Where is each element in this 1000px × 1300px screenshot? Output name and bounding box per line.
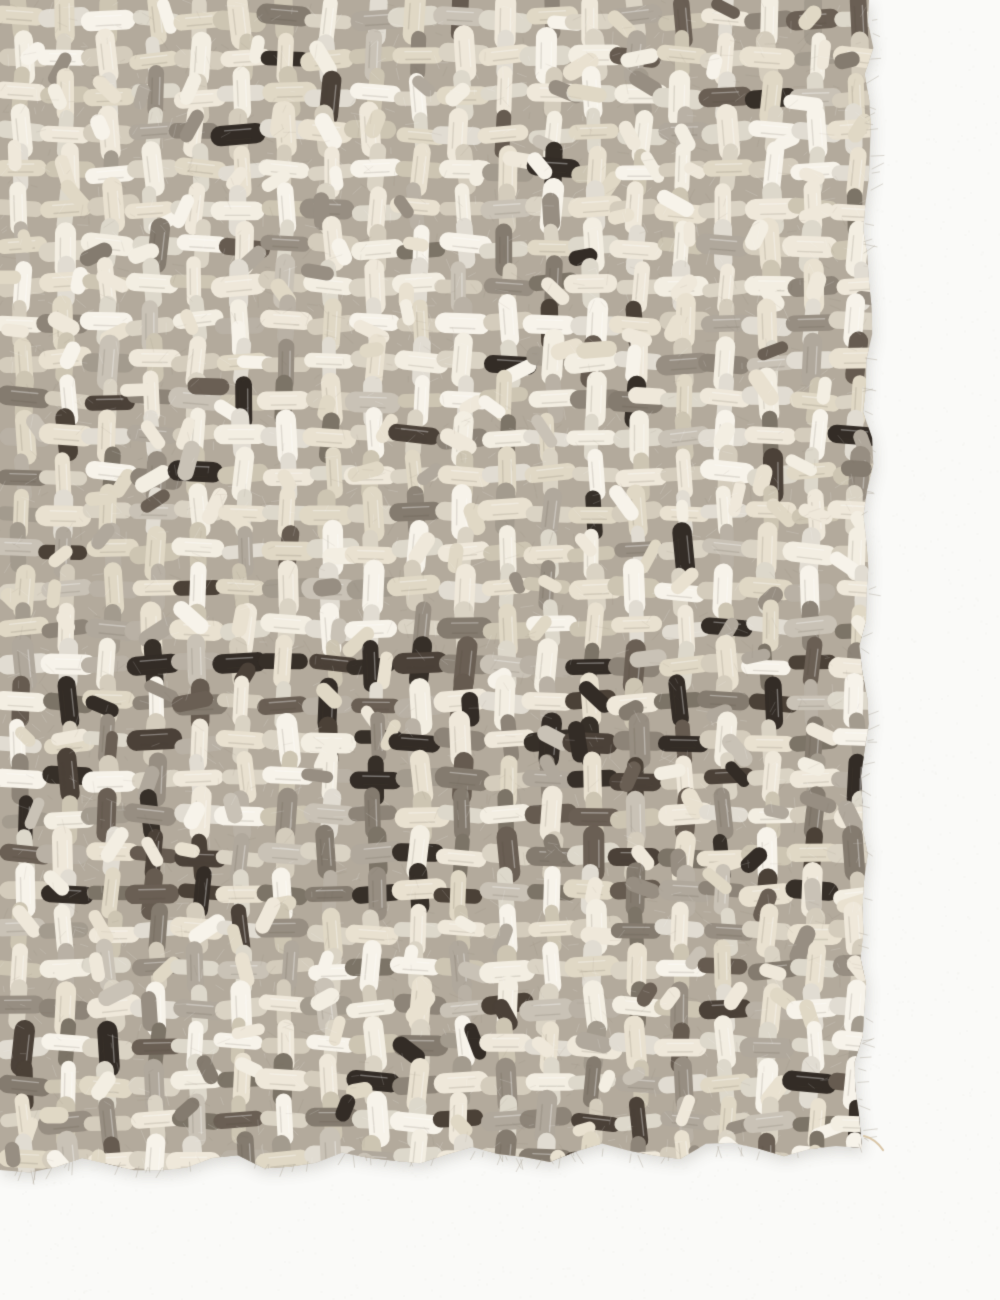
rug-corner-photo: [0, 0, 1000, 1300]
rug-texture-canvas: [0, 0, 1000, 1300]
